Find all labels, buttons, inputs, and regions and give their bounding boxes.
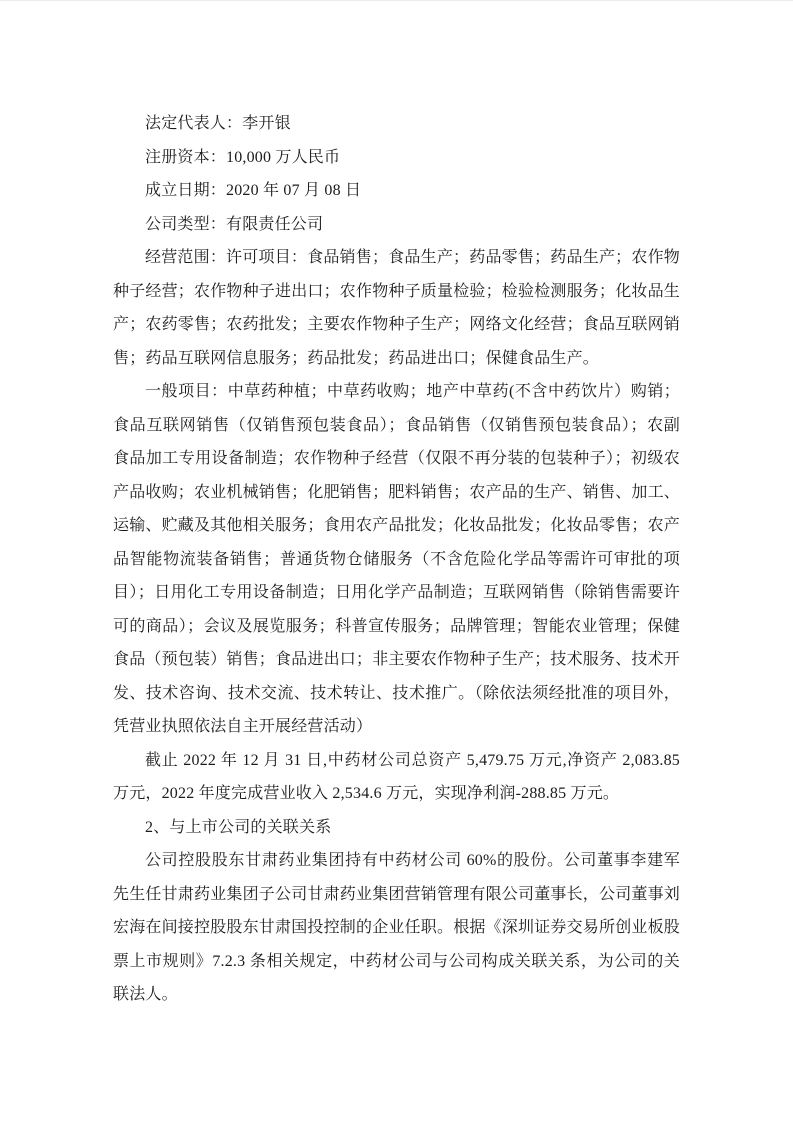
paragraph-business-scope-general: 一般项目：中草药种植；中草药收购；地产中草药(不含中药饮片）购销；食品互联网销售…	[113, 375, 680, 744]
paragraph-business-scope-licensed: 经营范围：许可项目：食品销售；食品生产；药品零售；药品生产；农作物种子经营；农作…	[113, 241, 680, 375]
paragraph-financial-summary: 截止 2022 年 12 月 31 日,中药材公司总资产 5,479.75 万元…	[113, 744, 680, 811]
field-registered-capital: 注册资本：10,000 万人民币	[113, 141, 680, 175]
document-page: 法定代表人：李开银 注册资本：10,000 万人民币 成立日期：2020 年 0…	[0, 0, 793, 1122]
field-legal-representative: 法定代表人：李开银	[113, 107, 680, 141]
section-heading-affiliation: 2、与上市公司的关联关系	[113, 811, 680, 845]
field-company-type: 公司类型：有限责任公司	[113, 208, 680, 242]
field-establishment-date: 成立日期：2020 年 07 月 08 日	[113, 174, 680, 208]
paragraph-affiliation-detail: 公司控股股东甘肃药业集团持有中药材公司 60%的股份。公司董事李建军先生任甘肃药…	[113, 844, 680, 1012]
